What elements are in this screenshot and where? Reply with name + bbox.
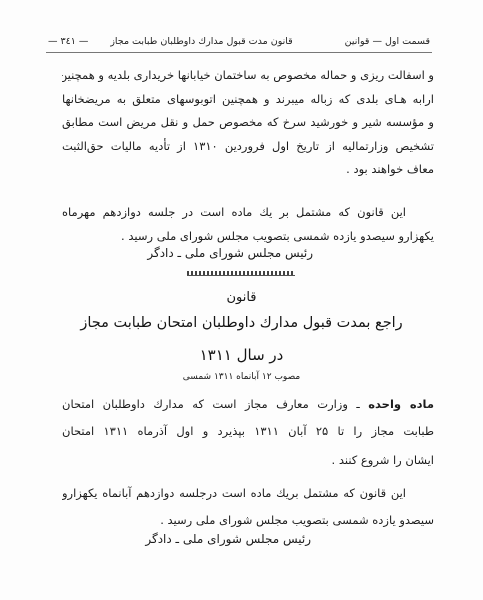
header-rule xyxy=(46,52,432,53)
law-subject: راجع بمدت قبول مدارك داوطلبان امتحان طبا… xyxy=(0,315,483,331)
text-line: یکهزارو سیصدو یازده شمسی بتصویب مجلس شور… xyxy=(62,225,434,249)
article-text: وزارت معارف مجاز است که مدارك داوطلبان ا… xyxy=(62,397,348,411)
document-page: قسمت اول — قوانین قانون مدت قبول مدارك د… xyxy=(0,0,483,600)
law-heading: قانون xyxy=(0,290,483,305)
text-line: این قانون که مشتمل بریك ماده است درجلسه … xyxy=(62,480,434,507)
text-line: ایشان را شروع کنند . xyxy=(62,446,434,475)
text-line: طبابت مجاز را تا ۲۵ آبان ۱۳۱۱ بپذیرد و ا… xyxy=(62,417,434,446)
text-line: معاف خواهند بود . xyxy=(62,158,434,182)
running-title: قانون مدت قبول مدارك داوطلبان طبابت مجاز xyxy=(88,36,344,47)
text-line: و مؤسسه شیر و خورشید سرخ که مخصوص حمل و … xyxy=(62,111,434,135)
text-line: این قانون که مشتمل بر یك ماده است در جلس… xyxy=(62,201,434,225)
page-number: — ۳٤۱ — xyxy=(48,36,88,47)
section-label: قسمت اول — قوانین xyxy=(345,36,430,47)
text-line: ماده واحده ـ وزارت معارف مجاز است که مدا… xyxy=(62,393,434,417)
previous-law-signature: رئیس مجلس شورای ملی ـ دادگر xyxy=(147,246,313,260)
new-law-signature: رئیس مجلس شورای ملی ـ دادگر xyxy=(145,532,311,546)
text-line: ارابه هـای بلدی که زباله میبرند و همچنین… xyxy=(62,88,434,112)
running-header: قسمت اول — قوانین قانون مدت قبول مدارك د… xyxy=(48,33,430,49)
approval-date: مصوب ۱۲ آبانماه ۱۳۱۱ شمسی xyxy=(0,372,483,382)
article-dash: ـ xyxy=(348,397,368,411)
text-line: سیصدو یازده شمسی بتصویب مجلس شورای ملی ر… xyxy=(62,507,434,534)
section-separator xyxy=(187,271,295,276)
previous-law-approval: این قانون که مشتمل بر یك ماده است در جلس… xyxy=(62,201,434,248)
previous-law-body: و اسفالت ریزی و حماله مخصوص به ساختمان خ… xyxy=(62,64,434,182)
text-line: تشخیص وزارتمالیه از تاریخ اول فروردین ۱۳… xyxy=(62,135,434,159)
text-line: و اسفالت ریزی و حماله مخصوص به ساختمان خ… xyxy=(62,64,434,88)
law-year: در سال ۱۳۱۱ xyxy=(0,346,483,364)
new-law-approval: این قانون که مشتمل بریك ماده است درجلسه … xyxy=(62,480,434,534)
single-article: ماده واحده ـ وزارت معارف مجاز است که مدا… xyxy=(62,393,434,475)
article-label: ماده واحده xyxy=(368,397,434,411)
